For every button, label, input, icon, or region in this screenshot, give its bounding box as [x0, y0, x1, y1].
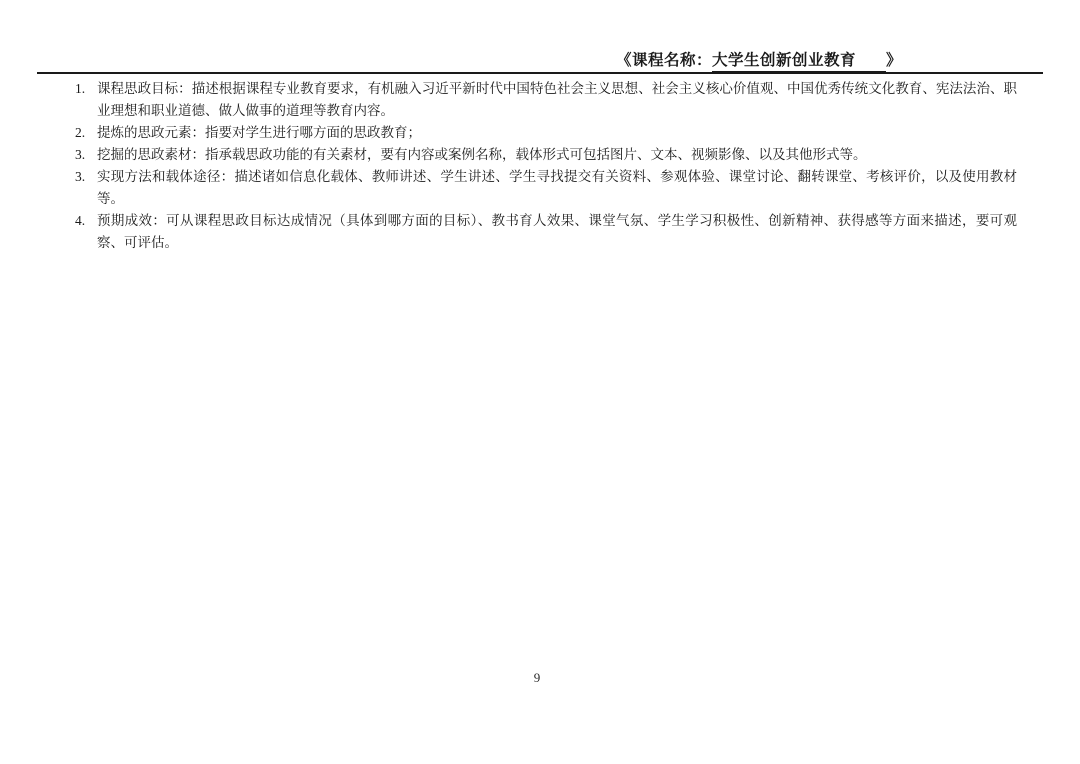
list-item-number: 3.: [75, 144, 85, 166]
course-name-prefix: 《课程名称：: [616, 52, 712, 69]
course-name-blank: [856, 56, 886, 74]
course-name-value: 大学生创新创业教育: [712, 52, 856, 73]
list-item: 4.预期成效：可从课程思政目标达成情况（具体到哪方面的目标）、教书育人效果、课堂…: [75, 210, 1017, 254]
header-divider: [37, 72, 1043, 74]
list-item-number: 3.: [75, 166, 85, 188]
page-header: 《课程名称：大学生创新创业教育》: [0, 48, 902, 71]
list-item-number: 1.: [75, 78, 85, 100]
list-item-text: 实现方法和载体途径：描述诸如信息化载体、教师讲述、学生讲述、学生寻找提交有关资料…: [97, 169, 1017, 206]
list-item-text: 预期成效：可从课程思政目标达成情况（具体到哪方面的目标）、教书育人效果、课堂气氛…: [97, 213, 1017, 250]
list-item: 2.提炼的思政元素：指要对学生进行哪方面的思政教育；: [75, 122, 1017, 144]
page-number: 9: [0, 670, 1074, 686]
list-item: 1.课程思政目标：描述根据课程专业教育要求，有机融入习近平新时代中国特色社会主义…: [75, 78, 1017, 122]
notes-list: 1.课程思政目标：描述根据课程专业教育要求，有机融入习近平新时代中国特色社会主义…: [75, 78, 1017, 254]
list-item-text: 提炼的思政元素：指要对学生进行哪方面的思政教育；: [97, 125, 421, 140]
course-name-suffix: 》: [886, 52, 902, 69]
list-item-number: 2.: [75, 122, 85, 144]
list-item-number: 4.: [75, 210, 85, 232]
list-item: 3.挖掘的思政素材：指承载思政功能的有关素材，要有内容或案例名称，载体形式可包括…: [75, 144, 1017, 166]
list-item-text: 挖掘的思政素材：指承载思政功能的有关素材，要有内容或案例名称，载体形式可包括图片…: [97, 147, 867, 162]
list-item: 3.实现方法和载体途径：描述诸如信息化载体、教师讲述、学生讲述、学生寻找提交有关…: [75, 166, 1017, 210]
list-item-text: 课程思政目标：描述根据课程专业教育要求，有机融入习近平新时代中国特色社会主义思想…: [97, 81, 1017, 118]
